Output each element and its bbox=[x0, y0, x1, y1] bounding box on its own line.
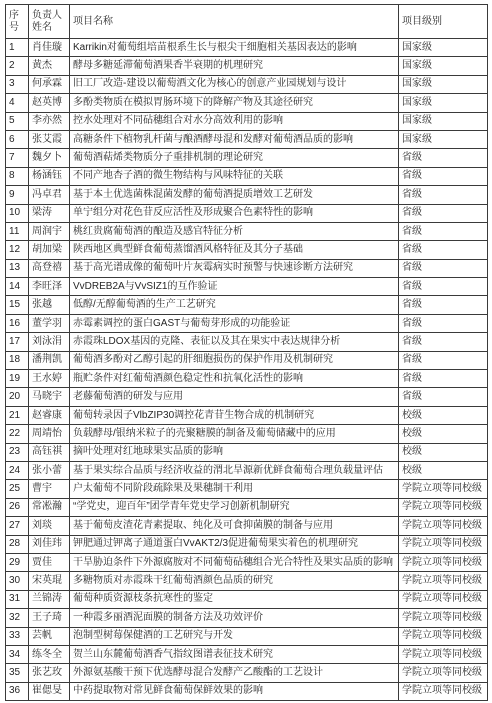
cell-name: 赵英博 bbox=[29, 94, 70, 112]
cell-no: 28 bbox=[6, 535, 29, 553]
cell-project: VvDREB2A与VvSIZ1的互作验证 bbox=[70, 278, 399, 296]
cell-no: 30 bbox=[6, 572, 29, 590]
table-row: 32王子琦一种霞多丽酒泥面膜的制备方法及功效评价学院立项等同校级 bbox=[6, 609, 488, 627]
cell-level: 学院立项等同校级 bbox=[399, 627, 488, 645]
cell-no: 1 bbox=[6, 39, 29, 57]
cell-no: 21 bbox=[6, 406, 29, 424]
table-row: 27刘琰基于葡萄皮渣花青素提取、纯化及可食抑菌膜的制备与应用学院立项等同校级 bbox=[6, 517, 488, 535]
cell-no: 24 bbox=[6, 461, 29, 479]
cell-level: 学院立项等同校级 bbox=[399, 498, 488, 516]
cell-project: 外源氨基酸干预下优选酵母混合发酵产乙酸酯的工艺设计 bbox=[70, 664, 399, 682]
table-row: 34练冬全贺兰山东麓葡萄酒香气指纹图谱表征技术研究学院立项等同校级 bbox=[6, 645, 488, 663]
cell-name: 李旺泽 bbox=[29, 278, 70, 296]
cell-project: 瓶贮条件对红葡萄酒颜色稳定性和抗氧化活性的影响 bbox=[70, 370, 399, 388]
cell-no: 6 bbox=[6, 130, 29, 148]
cell-no: 32 bbox=[6, 609, 29, 627]
cell-name: 李亦然 bbox=[29, 112, 70, 130]
cell-project: 干旱胁迫条件下外源腐胺对不同葡萄砧穗组合光合特性及果实品质的影响 bbox=[70, 553, 399, 571]
cell-no: 2 bbox=[6, 57, 29, 75]
cell-level: 国家级 bbox=[399, 57, 488, 75]
table-row: 13高登禧基于高光谱成像的葡萄叶片灰霉病实时预警与快速诊断方法研究省级 bbox=[6, 259, 488, 277]
cell-name: 练冬全 bbox=[29, 645, 70, 663]
cell-name: 王子琦 bbox=[29, 609, 70, 627]
cell-level: 国家级 bbox=[399, 112, 488, 130]
column-header-level: 项目级别 bbox=[399, 5, 488, 39]
table-body: 1肖佳璇Karrikin对葡萄组培苗根系生长与根尖干细胞相关基因表达的影响国家级… bbox=[6, 39, 488, 701]
cell-no: 15 bbox=[6, 296, 29, 314]
table-row: 14李旺泽VvDREB2A与VvSIZ1的互作验证省级 bbox=[6, 278, 488, 296]
cell-level: 省级 bbox=[399, 388, 488, 406]
table-row: 25曹宇户太葡萄不同阶段疏除果及果穗制干利用学院立项等同校级 bbox=[6, 480, 488, 498]
table-row: 11周润宇桃红贵腐葡萄酒的酿造及感官特征分析省级 bbox=[6, 222, 488, 240]
table-row: 23高钰祺摘叶处理对红地球果实品质的影响校级 bbox=[6, 443, 488, 461]
projects-table: 序号负责人姓名项目名称项目级别 1肖佳璇Karrikin对葡萄组培苗根系生长与根… bbox=[5, 4, 488, 701]
cell-project: “学党史，迎百年”团学青年党史学习创新机制研究 bbox=[70, 498, 399, 516]
cell-no: 36 bbox=[6, 682, 29, 700]
cell-project: 单宁组分对花色苷反应活性及形成聚合色素特性的影响 bbox=[70, 204, 399, 222]
cell-name: 刘泳涓 bbox=[29, 333, 70, 351]
cell-name: 王水婷 bbox=[29, 370, 70, 388]
table-row: 36崔偲旻中药提取物对常见鲜食葡萄保鲜效果的影响学院立项等同校级 bbox=[6, 682, 488, 700]
cell-project: 葡萄酒萜烯类物质分子重排机制的理论研究 bbox=[70, 149, 399, 167]
cell-name: 高登禧 bbox=[29, 259, 70, 277]
cell-name: 张越 bbox=[29, 296, 70, 314]
cell-level: 国家级 bbox=[399, 75, 488, 93]
cell-no: 7 bbox=[6, 149, 29, 167]
cell-project: 多酚类物质在模拟胃肠环境下的降解产物及其途径研究 bbox=[70, 94, 399, 112]
table-row: 29贾佳干旱胁迫条件下外源腐胺对不同葡萄砧穗组合光合特性及果实品质的影响学院立项… bbox=[6, 553, 488, 571]
cell-name: 胡加梁 bbox=[29, 241, 70, 259]
table-row: 21赵睿康葡萄转录因子VlbZIP30调控花青苷生物合成的机制研究校级 bbox=[6, 406, 488, 424]
cell-level: 省级 bbox=[399, 351, 488, 369]
cell-level: 省级 bbox=[399, 186, 488, 204]
cell-no: 13 bbox=[6, 259, 29, 277]
cell-project: 葡萄种质资源枝条抗寒性的鉴定 bbox=[70, 590, 399, 608]
cell-name: 曹宇 bbox=[29, 480, 70, 498]
cell-name: 张艺玫 bbox=[29, 664, 70, 682]
cell-level: 校级 bbox=[399, 425, 488, 443]
cell-name: 肖佳璇 bbox=[29, 39, 70, 57]
cell-no: 9 bbox=[6, 186, 29, 204]
cell-level: 省级 bbox=[399, 314, 488, 332]
cell-level: 学院立项等同校级 bbox=[399, 535, 488, 553]
document-page: 序号负责人姓名项目名称项目级别 1肖佳璇Karrikin对葡萄组培苗根系生长与根… bbox=[0, 0, 492, 703]
table-row: 24张小蕾基于果实综合品质与经济收益的渭北旱源新优鲜食葡萄合理负载量评估校级 bbox=[6, 461, 488, 479]
table-row: 33芸帆泡制型树莓保健酒的工艺研究与开发学院立项等同校级 bbox=[6, 627, 488, 645]
cell-name: 赵睿康 bbox=[29, 406, 70, 424]
cell-level: 省级 bbox=[399, 278, 488, 296]
cell-no: 19 bbox=[6, 370, 29, 388]
cell-project: 葡萄转录因子VlbZIP30调控花青苷生物合成的机制研究 bbox=[70, 406, 399, 424]
cell-project: 高糖条件下植物乳杆菌与酿酒酵母混和发酵对葡萄酒品质的影响 bbox=[70, 130, 399, 148]
cell-level: 学院立项等同校级 bbox=[399, 517, 488, 535]
cell-name: 宋英琨 bbox=[29, 572, 70, 590]
cell-name: 张艾霞 bbox=[29, 130, 70, 148]
cell-project: 老藤葡萄酒的研发与应用 bbox=[70, 388, 399, 406]
cell-level: 省级 bbox=[399, 149, 488, 167]
cell-name: 贾佳 bbox=[29, 553, 70, 571]
cell-project: 基于高光谱成像的葡萄叶片灰霉病实时预警与快速诊断方法研究 bbox=[70, 259, 399, 277]
cell-level: 学院立项等同校级 bbox=[399, 553, 488, 571]
cell-name: 周靖怡 bbox=[29, 425, 70, 443]
cell-level: 学院立项等同校级 bbox=[399, 480, 488, 498]
cell-project: 泡制型树莓保健酒的工艺研究与开发 bbox=[70, 627, 399, 645]
table-row: 3何承霖旧工厂改造-建设以葡萄酒文化为核心的创意产业园规划与设计国家级 bbox=[6, 75, 488, 93]
cell-no: 14 bbox=[6, 278, 29, 296]
cell-name: 何承霖 bbox=[29, 75, 70, 93]
cell-project: 葡萄酒多酚对乙醇引起的肝细胞损伤的保护作用及机制研究 bbox=[70, 351, 399, 369]
cell-level: 国家级 bbox=[399, 130, 488, 148]
cell-name: 董学羽 bbox=[29, 314, 70, 332]
cell-no: 18 bbox=[6, 351, 29, 369]
cell-project: 赤霉素调控的蛋白GAST与葡萄芽形成的功能验证 bbox=[70, 314, 399, 332]
cell-level: 省级 bbox=[399, 296, 488, 314]
column-header-project: 项目名称 bbox=[70, 5, 399, 39]
header-row: 序号负责人姓名项目名称项目级别 bbox=[6, 5, 488, 39]
table-row: 4赵英博多酚类物质在模拟胃肠环境下的降解产物及其途径研究国家级 bbox=[6, 94, 488, 112]
cell-project: 贺兰山东麓葡萄酒香气指纹图谱表征技术研究 bbox=[70, 645, 399, 663]
cell-name: 黄杰 bbox=[29, 57, 70, 75]
cell-no: 26 bbox=[6, 498, 29, 516]
cell-level: 校级 bbox=[399, 443, 488, 461]
cell-level: 校级 bbox=[399, 461, 488, 479]
cell-level: 省级 bbox=[399, 333, 488, 351]
table-row: 9冯卓君基于本土优选菌株混菌发酵的葡萄酒提质增效工艺研发省级 bbox=[6, 186, 488, 204]
cell-no: 35 bbox=[6, 664, 29, 682]
cell-no: 10 bbox=[6, 204, 29, 222]
cell-name: 马晓宇 bbox=[29, 388, 70, 406]
cell-no: 31 bbox=[6, 590, 29, 608]
cell-level: 省级 bbox=[399, 204, 488, 222]
cell-no: 29 bbox=[6, 553, 29, 571]
cell-name: 崔偲旻 bbox=[29, 682, 70, 700]
cell-level: 省级 bbox=[399, 222, 488, 240]
cell-project: 基于本土优选菌株混菌发酵的葡萄酒提质增效工艺研发 bbox=[70, 186, 399, 204]
cell-no: 27 bbox=[6, 517, 29, 535]
cell-level: 学院立项等同校级 bbox=[399, 645, 488, 663]
cell-project: 负载酵母/银纳米粒子的壳聚糖膜的制备及葡萄储藏中的应用 bbox=[70, 425, 399, 443]
cell-no: 25 bbox=[6, 480, 29, 498]
cell-no: 22 bbox=[6, 425, 29, 443]
table-row: 16董学羽赤霉素调控的蛋白GAST与葡萄芽形成的功能验证省级 bbox=[6, 314, 488, 332]
cell-level: 国家级 bbox=[399, 39, 488, 57]
cell-no: 16 bbox=[6, 314, 29, 332]
cell-level: 校级 bbox=[399, 406, 488, 424]
table-row: 2黄杰酵母多糖延滞葡萄酒果香半衰期的机理研究国家级 bbox=[6, 57, 488, 75]
table-row: 15张越低醇/无醇葡萄酒的生产工艺研究省级 bbox=[6, 296, 488, 314]
cell-no: 8 bbox=[6, 167, 29, 185]
cell-level: 省级 bbox=[399, 241, 488, 259]
table-row: 31兰锦涛葡萄种质资源枝条抗寒性的鉴定学院立项等同校级 bbox=[6, 590, 488, 608]
cell-level: 国家级 bbox=[399, 94, 488, 112]
table-row: 7魏夕卜葡萄酒萜烯类物质分子重排机制的理论研究省级 bbox=[6, 149, 488, 167]
cell-name: 兰锦涛 bbox=[29, 590, 70, 608]
cell-no: 4 bbox=[6, 94, 29, 112]
cell-level: 学院立项等同校级 bbox=[399, 682, 488, 700]
cell-level: 省级 bbox=[399, 259, 488, 277]
cell-project: 基于葡萄皮渣花青素提取、纯化及可食抑菌膜的制备与应用 bbox=[70, 517, 399, 535]
column-header-name: 负责人姓名 bbox=[29, 5, 70, 39]
cell-no: 3 bbox=[6, 75, 29, 93]
cell-project: 基于果实综合品质与经济收益的渭北旱源新优鲜食葡萄合理负载量评估 bbox=[70, 461, 399, 479]
cell-project: 旧工厂改造-建设以葡萄酒文化为核心的创意产业园规划与设计 bbox=[70, 75, 399, 93]
cell-level: 学院立项等同校级 bbox=[399, 664, 488, 682]
cell-project: Karrikin对葡萄组培苗根系生长与根尖干细胞相关基因表达的影响 bbox=[70, 39, 399, 57]
cell-project: 户太葡萄不同阶段疏除果及果穗制干利用 bbox=[70, 480, 399, 498]
cell-no: 12 bbox=[6, 241, 29, 259]
cell-name: 周润宇 bbox=[29, 222, 70, 240]
table-header: 序号负责人姓名项目名称项目级别 bbox=[6, 5, 488, 39]
cell-name: 芸帆 bbox=[29, 627, 70, 645]
cell-project: 一种霞多丽酒泥面膜的制备方法及功效评价 bbox=[70, 609, 399, 627]
cell-name: 刘琰 bbox=[29, 517, 70, 535]
table-row: 12胡加梁陕西地区典型鲜食葡萄蒸馏酒风格特征及其分子基础省级 bbox=[6, 241, 488, 259]
cell-level: 学院立项等同校级 bbox=[399, 572, 488, 590]
cell-name: 魏夕卜 bbox=[29, 149, 70, 167]
cell-no: 5 bbox=[6, 112, 29, 130]
table-row: 35张艺玫外源氨基酸干预下优选酵母混合发酵产乙酸酯的工艺设计学院立项等同校级 bbox=[6, 664, 488, 682]
table-row: 22周靖怡负载酵母/银纳米粒子的壳聚糖膜的制备及葡萄储藏中的应用校级 bbox=[6, 425, 488, 443]
cell-project: 中药提取物对常见鲜食葡萄保鲜效果的影响 bbox=[70, 682, 399, 700]
cell-name: 潘荆凯 bbox=[29, 351, 70, 369]
cell-level: 省级 bbox=[399, 167, 488, 185]
cell-name: 刘佳玮 bbox=[29, 535, 70, 553]
cell-project: 酵母多糖延滞葡萄酒果香半衰期的机理研究 bbox=[70, 57, 399, 75]
table-row: 1肖佳璇Karrikin对葡萄组培苗根系生长与根尖干细胞相关基因表达的影响国家级 bbox=[6, 39, 488, 57]
cell-name: 冯卓君 bbox=[29, 186, 70, 204]
table-row: 26常凇瀚“学党史，迎百年”团学青年党史学习创新机制研究学院立项等同校级 bbox=[6, 498, 488, 516]
cell-project: 陕西地区典型鲜食葡萄蒸馏酒风格特征及其分子基础 bbox=[70, 241, 399, 259]
column-header-no: 序号 bbox=[6, 5, 29, 39]
table-row: 8杨涵钰不同产地杏子酒的微生物结构与风味特征的关联省级 bbox=[6, 167, 488, 185]
cell-name: 梁涛 bbox=[29, 204, 70, 222]
cell-project: 桃红贵腐葡萄酒的酿造及感官特征分析 bbox=[70, 222, 399, 240]
cell-project: 不同产地杏子酒的微生物结构与风味特征的关联 bbox=[70, 167, 399, 185]
cell-name: 张小蕾 bbox=[29, 461, 70, 479]
table-row: 30宋英琨多糖物质对赤霞珠干红葡萄酒颜色品质的研究学院立项等同校级 bbox=[6, 572, 488, 590]
table-row: 5李亦然控水处理对不同砧穗组合对水分高效利用的影响国家级 bbox=[6, 112, 488, 130]
cell-level: 学院立项等同校级 bbox=[399, 590, 488, 608]
table-row: 18潘荆凯葡萄酒多酚对乙醇引起的肝细胞损伤的保护作用及机制研究省级 bbox=[6, 351, 488, 369]
cell-project: 控水处理对不同砧穗组合对水分高效利用的影响 bbox=[70, 112, 399, 130]
cell-project: 多糖物质对赤霞珠干红葡萄酒颜色品质的研究 bbox=[70, 572, 399, 590]
cell-no: 11 bbox=[6, 222, 29, 240]
cell-project: 低醇/无醇葡萄酒的生产工艺研究 bbox=[70, 296, 399, 314]
cell-no: 23 bbox=[6, 443, 29, 461]
cell-no: 33 bbox=[6, 627, 29, 645]
table-row: 19王水婷瓶贮条件对红葡萄酒颜色稳定性和抗氧化活性的影响省级 bbox=[6, 370, 488, 388]
table-row: 10梁涛单宁组分对花色苷反应活性及形成聚合色素特性的影响省级 bbox=[6, 204, 488, 222]
cell-name: 高钰祺 bbox=[29, 443, 70, 461]
cell-project: 赤霞珠LDOX基因的克隆、表征以及其在果实中表达规律分析 bbox=[70, 333, 399, 351]
cell-no: 17 bbox=[6, 333, 29, 351]
cell-no: 20 bbox=[6, 388, 29, 406]
cell-level: 学院立项等同校级 bbox=[399, 609, 488, 627]
cell-no: 34 bbox=[6, 645, 29, 663]
table-row: 20马晓宇老藤葡萄酒的研发与应用省级 bbox=[6, 388, 488, 406]
table-row: 28刘佳玮钾肥通过钾离子通道蛋白VvAKT2/3促进葡萄果实着色的机理研究学院立… bbox=[6, 535, 488, 553]
table-row: 17刘泳涓赤霞珠LDOX基因的克隆、表征以及其在果实中表达规律分析省级 bbox=[6, 333, 488, 351]
table-row: 6张艾霞高糖条件下植物乳杆菌与酿酒酵母混和发酵对葡萄酒品质的影响国家级 bbox=[6, 130, 488, 148]
cell-name: 常凇瀚 bbox=[29, 498, 70, 516]
cell-project: 摘叶处理对红地球果实品质的影响 bbox=[70, 443, 399, 461]
cell-name: 杨涵钰 bbox=[29, 167, 70, 185]
cell-project: 钾肥通过钾离子通道蛋白VvAKT2/3促进葡萄果实着色的机理研究 bbox=[70, 535, 399, 553]
cell-level: 省级 bbox=[399, 370, 488, 388]
